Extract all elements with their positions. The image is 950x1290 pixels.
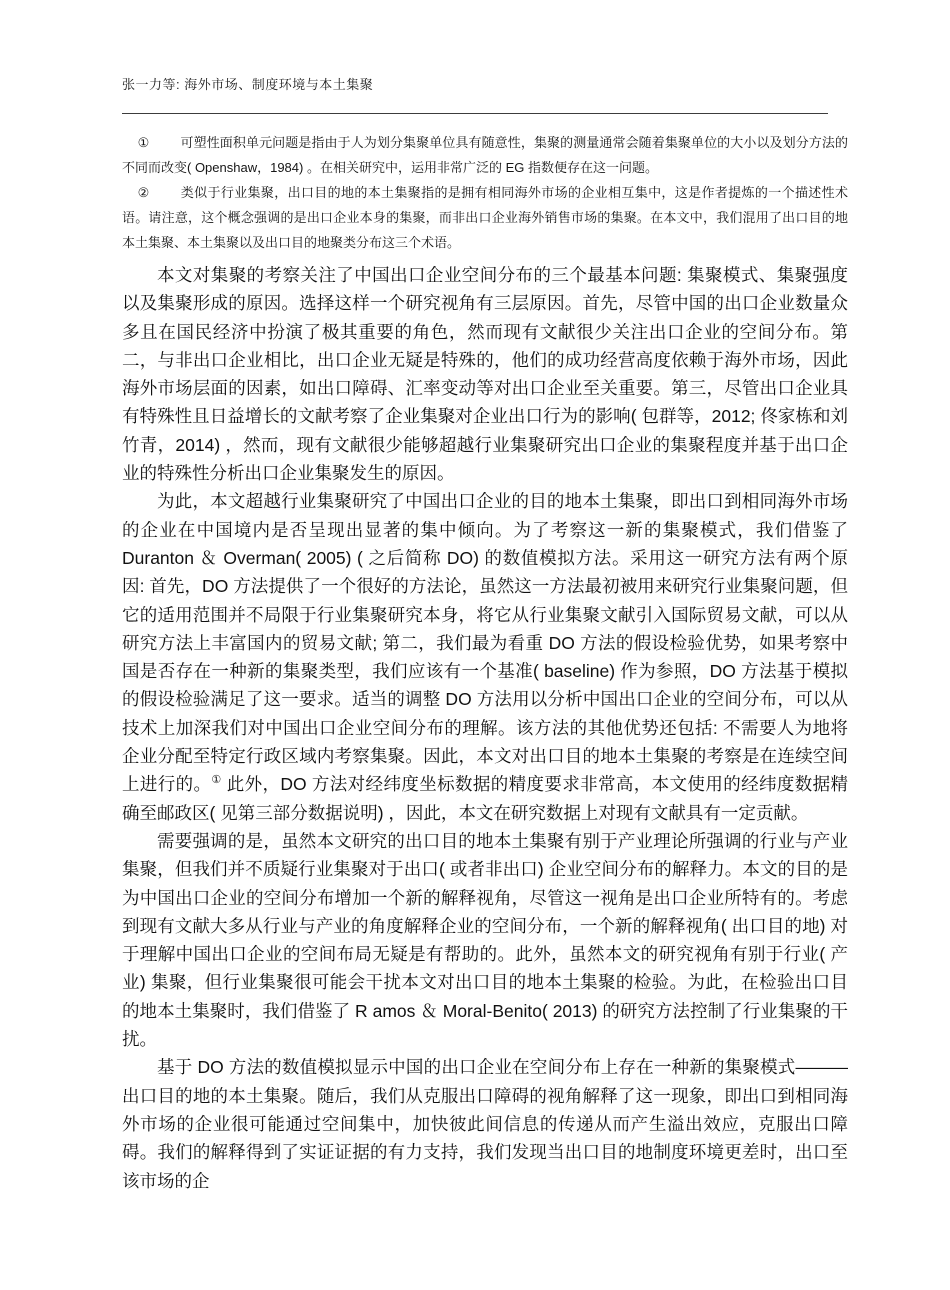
paragraph-2: 为此，本文超越行业集聚研究了中国出口企业的目的地本土集聚，即出口到相同海外市场的…: [122, 487, 848, 827]
paragraph-4: 基于 DO 方法的数值模拟显示中国的出口企业在空间分布上存在一种新的集聚模式——…: [122, 1053, 848, 1194]
footnote-2-text: 类似于行业集聚，出口目的地的本土集聚指的是拥有相同海外市场的企业相互集中，这是作…: [122, 185, 848, 250]
footnote-ref-icon: ①: [211, 775, 221, 787]
footnote-1: ①可塑性面积单元问题是指由于人为划分集聚单位具有随意性，集聚的测量通常会随着集聚…: [122, 130, 848, 180]
footnote-2: ②类似于行业集聚，出口目的地的本土集聚指的是拥有相同海外市场的企业相互集中，这是…: [122, 180, 848, 255]
paragraph-2-text-a: 为此，本文超越行业集聚研究了中国出口企业的目的地本土集聚，即出口到相同海外市场的…: [122, 491, 848, 794]
running-head: 张一力等: 海外市场、制度环境与本土集聚: [122, 76, 848, 94]
paragraph-2-text-b: 此外，DO 方法对经纬度坐标数据的精度要求非常高，本文使用的经纬度数据精确至邮政…: [122, 774, 848, 822]
header-divider: [122, 113, 828, 114]
paragraph-3: 需要强调的是，虽然本文研究的出口目的地本土集聚有别于产业理论所强调的行业与产业集…: [122, 827, 848, 1053]
footnote-1-text: 可塑性面积单元问题是指由于人为划分集聚单位具有随意性，集聚的测量通常会随着集聚单…: [122, 135, 848, 175]
paragraph-1: 本文对集聚的考察关注了中国出口企业空间分布的三个最基本问题: 集聚模式、集聚强度…: [122, 261, 848, 487]
footnote-2-marker: ②: [138, 185, 150, 200]
footnotes-section: ①可塑性面积单元问题是指由于人为划分集聚单位具有随意性，集聚的测量通常会随着集聚…: [122, 130, 848, 255]
body-text: 本文对集聚的考察关注了中国出口企业空间分布的三个最基本问题: 集聚模式、集聚强度…: [122, 261, 848, 1195]
footnote-1-marker: ①: [138, 135, 150, 150]
paper-page: 张一力等: 海外市场、制度环境与本土集聚 ①可塑性面积单元问题是指由于人为划分集…: [0, 0, 950, 1290]
